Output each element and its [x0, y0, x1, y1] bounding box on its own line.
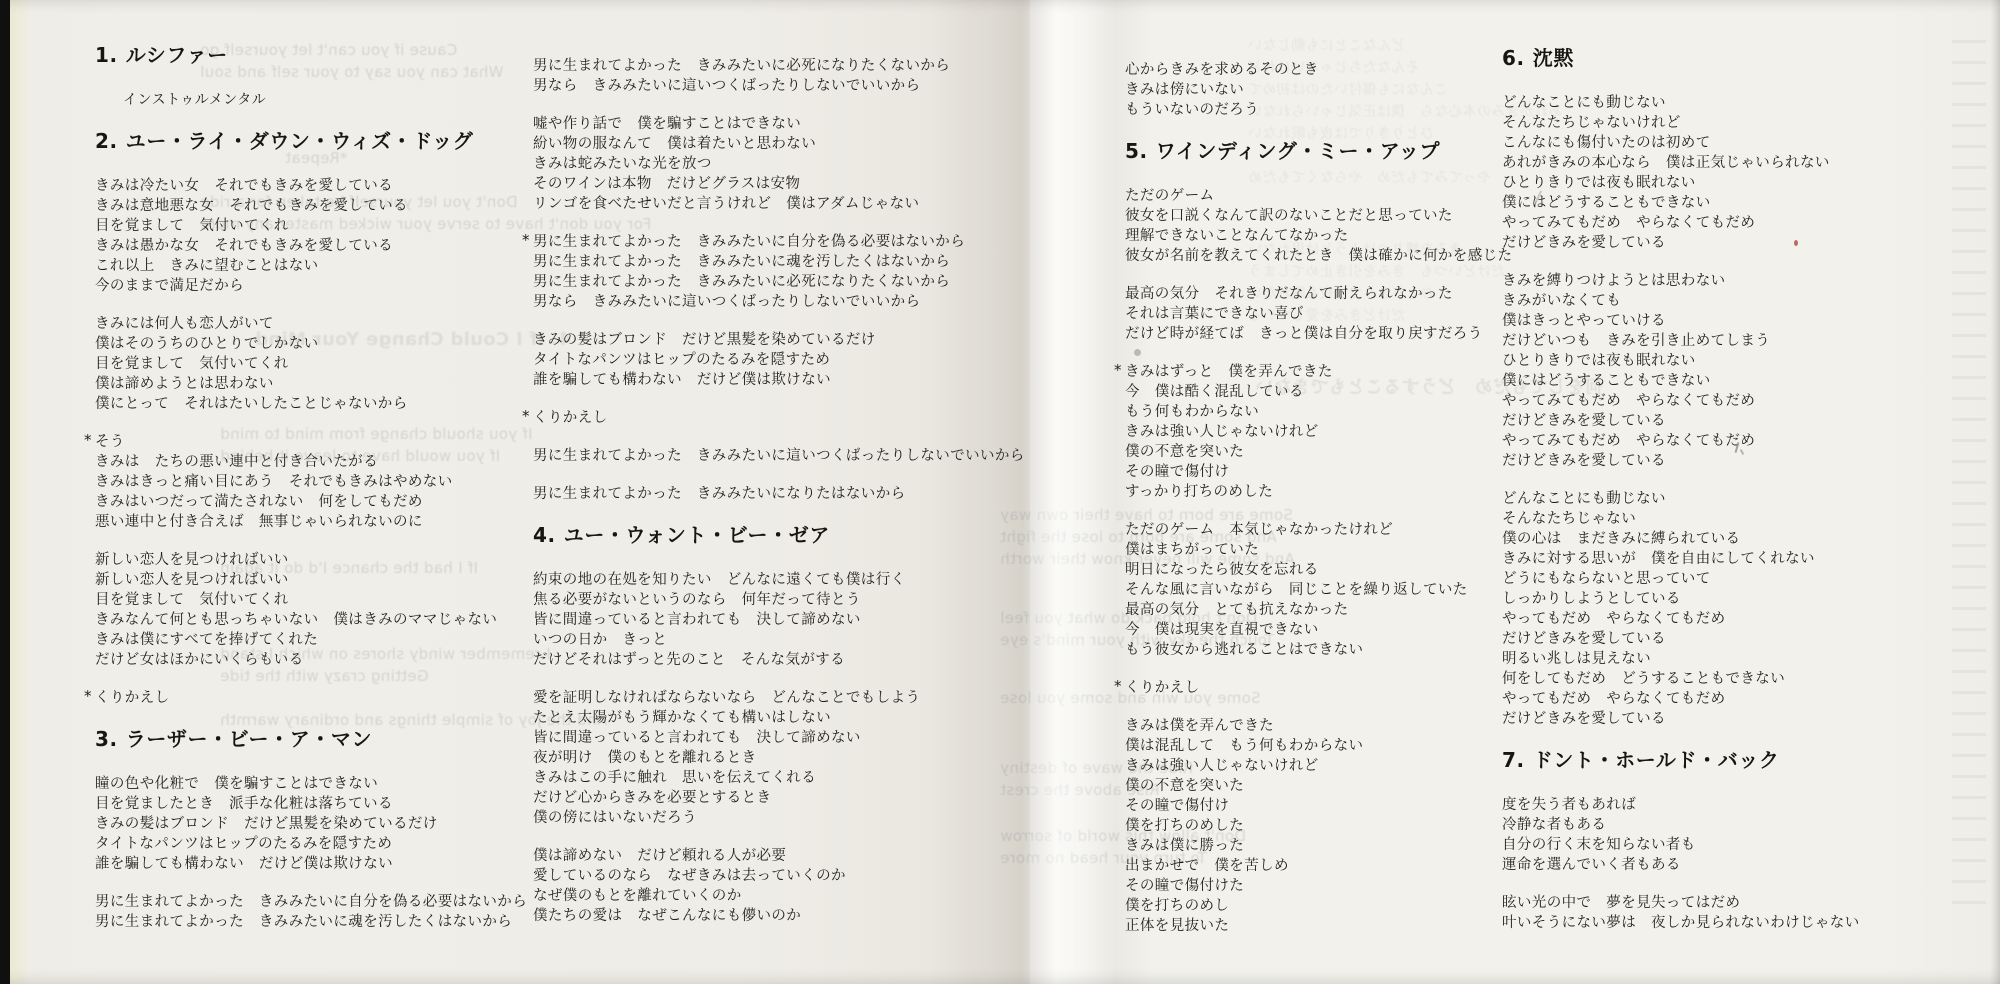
- scan-edge-left: [0, 0, 10, 984]
- lyric-line: だけどきみを愛している: [1502, 451, 1962, 471]
- lyric-line: やってもだめ やらなくてもだめ: [1502, 609, 1962, 629]
- lyric-line: どんなことにも動じない: [1502, 489, 1962, 509]
- lyrics-layer: 1.ルシファーインストゥルメンタル2.ユー・ライ・ダウン・ウィズ・ドッグきみは冷…: [0, 0, 2000, 984]
- lyric-line: 僕はまちがっていた: [1125, 540, 1525, 560]
- stanza: どんなことにも動じないそんなたちじゃない僕の心は まだきみに縛られているきみに対…: [1502, 489, 1962, 729]
- lyric-line: 彼女が名前を教えてくれたとき 僕は確かに何かを感じた: [1125, 246, 1525, 266]
- lyrics-column-3: 心からきみを求めるそのとききみは傍にいないもういないのだろう5.ワインディング・…: [1125, 60, 1525, 954]
- lyric-line: そんなたちじゃないけれど: [1502, 113, 1962, 133]
- lyric-line: 男に生まれてよかった きみみたいに魂を汚したくはないから: [533, 252, 973, 272]
- lyric-line: きみは冷たい女 それでもきみを愛している: [95, 176, 525, 196]
- stanza: 瞳の色や化粧で 僕を騙すことはできない目を覚ましたとき 派手な化粧は落ちているき…: [95, 774, 525, 874]
- stanza: *きみはずっと 僕を弄んできた今 僕は酷く混乱しているもう何もわからないきみは強…: [1125, 362, 1525, 502]
- lyric-line: どんなことにも動じない: [1502, 93, 1962, 113]
- song-heading: 6.沈黙: [1502, 45, 1962, 71]
- lyric-line: だけどいつも きみを引き止めてしまう: [1502, 331, 1962, 351]
- lyric-line: その瞳で傷付け: [1125, 796, 1525, 816]
- lyric-line: 約束の地の在処を知りたい どんなに遠くても僕は行く: [533, 570, 973, 590]
- instrumental-credit: インストゥルメンタル: [123, 90, 525, 110]
- lyric-line: 運命を選んでいく者もある: [1502, 855, 1962, 875]
- lyric-line: きみを縛りつけようとは思わない: [1502, 271, 1962, 291]
- lyric-line: 皆に間違っていると言われても 決して諦めない: [533, 610, 973, 630]
- stanza: 僕は諦めない だけど頼れる人が必要愛しているのなら なぜきみは去っていくのかなぜ…: [533, 846, 973, 926]
- lyric-line: だけどきみを愛している: [1502, 411, 1962, 431]
- lyric-line: しっかりしようとしている: [1502, 589, 1962, 609]
- lyric-line: もう何もわからない: [1125, 402, 1525, 422]
- lyric-line: 自分の行く末を知らない者も: [1502, 835, 1962, 855]
- stanza: 約束の地の在処を知りたい どんなに遠くても僕は行く焦る必要がないというのなら 何…: [533, 570, 973, 670]
- lyric-line: だけど時が経てば きっと僕は自分を取り戻すだろう: [1125, 324, 1525, 344]
- lyric-line: きみは強い人じゃないけれど: [1125, 756, 1525, 776]
- lyric-line: 男に生まれてよかった きみみたいに這いつくばったりしないでいいから: [533, 446, 973, 466]
- lyric-text: そう: [95, 434, 125, 450]
- song-title: ワインディング・ミー・アップ: [1156, 139, 1440, 163]
- lyric-line: 明るい兆しは見えない: [1502, 649, 1962, 669]
- lyric-line: きみの髪はブロンド だけど黒髪を染めているだけ: [95, 814, 525, 834]
- lyric-line: やってもだめ やらなくてもだめ: [1502, 689, 1962, 709]
- lyric-line: 最高の気分 とても抗えなかった: [1125, 600, 1525, 620]
- lyric-line: *男に生まれてよかった きみみたいに自分を偽る必要はないから: [533, 232, 973, 252]
- lyric-line: きみには何人も恋人がいて: [95, 314, 525, 334]
- stanza: どんなことにも動じないそんなたちじゃないけれどこんなにも傷付いたのは初めてあれが…: [1502, 93, 1962, 253]
- lyric-line: 嘘や作り話で 僕を騙すことはできない: [533, 114, 973, 134]
- lyric-line: ただのゲーム: [1125, 186, 1525, 206]
- lyric-line: 僕たちの愛は なぜこんなにも儚いのか: [533, 906, 973, 926]
- lyric-line: 男に生まれてよかった きみみたいになりたはないから: [533, 484, 973, 504]
- stanza: きみには何人も恋人がいて僕はそのうちのひとりでしかない目を覚まして 気付いてくれ…: [95, 314, 525, 414]
- song-number: 5.: [1125, 139, 1148, 163]
- lyric-line: そのワインは本物 だけどグラスは安物: [533, 174, 973, 194]
- lyric-line: 正体を見抜いた: [1125, 916, 1525, 936]
- lyric-line: きみは傍にいない: [1125, 80, 1525, 100]
- lyric-line: ただのゲーム 本気じゃなかったけれど: [1125, 520, 1525, 540]
- lyric-text: くりかえし: [95, 690, 170, 706]
- lyric-line: 最高の気分 それきりだなんて耐えられなかった: [1125, 284, 1525, 304]
- lyric-line: 男に生まれてよかった きみみたいに自分を偽る必要はないから: [95, 892, 525, 912]
- lyric-line: 僕の不意を突いた: [1125, 776, 1525, 796]
- lyric-line: 目を覚まして 気付いてくれ: [95, 590, 525, 610]
- lyric-line: だけど女はほかにいくらもいる: [95, 650, 525, 670]
- song-title: ドント・ホールド・バック: [1533, 748, 1780, 772]
- repeat-marker: *: [84, 686, 92, 706]
- song-number: 7.: [1502, 748, 1525, 772]
- lyric-line: 僕は諦めようとは思わない: [95, 374, 525, 394]
- stanza: *男に生まれてよかった きみみたいに自分を偽る必要はないから男に生まれてよかった…: [533, 232, 973, 312]
- song-title: ユー・ライ・ダウン・ウィズ・ドッグ: [126, 129, 474, 153]
- lyric-line: *きみはずっと 僕を弄んできた: [1125, 362, 1525, 382]
- lyric-line: 愛を証明しなければならないなら どんなことでもしよう: [533, 688, 973, 708]
- lyric-line: 僕はそのうちのひとりでしかない: [95, 334, 525, 354]
- repeat-marker: *: [84, 430, 92, 450]
- stanza: 嘘や作り話で 僕を騙すことはできない紛い物の服なんて 僕は着たいと思わないきみは…: [533, 114, 973, 214]
- lyric-line: きみはいつだって満たされない 何をしてもだめ: [95, 492, 525, 512]
- lyric-line: きみは たちの悪い連中と付き合いたがる: [95, 452, 525, 472]
- lyric-line: その瞳で傷付けた: [1125, 876, 1525, 896]
- lyric-text: くりかえし: [1125, 680, 1200, 696]
- lyric-line: 僕は混乱して もう何もわからない: [1125, 736, 1525, 756]
- lyric-line: *そう: [95, 432, 525, 452]
- lyric-line: 新しい恋人を見つければいい: [95, 570, 525, 590]
- lyric-line: 何をしてもだめ どうすることもできない: [1502, 669, 1962, 689]
- lyric-line: ひとりきりでは夜も眠れない: [1502, 173, 1962, 193]
- lyric-line: 僕にはどうすることもできない: [1502, 193, 1962, 213]
- lyric-line: タイトなパンツはヒップのたるみを隠すため: [95, 834, 525, 854]
- lyric-line: 僕はきっとやっていける: [1502, 311, 1962, 331]
- lyric-line: きみはきっと痛い目にあう それでもきみはやめない: [95, 472, 525, 492]
- lyric-line: 眩い光の中で 夢を見失ってはだめ: [1502, 893, 1962, 913]
- song-number: 6.: [1502, 46, 1525, 70]
- lyric-line: 男に生まれてよかった きみみたいに必死になりたくないから: [533, 272, 973, 292]
- repeat-marker: *: [1114, 360, 1122, 380]
- lyric-line: きみは意地悪な女 それでもきみを愛している: [95, 196, 525, 216]
- song-title: ルシファー: [126, 43, 228, 67]
- song-heading: 2.ユー・ライ・ダウン・ウィズ・ドッグ: [95, 128, 525, 154]
- lyric-line: *くりかえし: [95, 688, 525, 708]
- lyric-line: 度を失う者もあれば: [1502, 795, 1962, 815]
- lyric-line: 僕を打ちのめし: [1125, 896, 1525, 916]
- song-title: ユー・ウォント・ビー・ゼア: [564, 523, 830, 547]
- lyric-line: タイトなパンツはヒップのたるみを隠すため: [533, 350, 973, 370]
- lyric-line: *くりかえし: [533, 408, 973, 428]
- lyric-line: 明日になったら彼女を忘れる: [1125, 560, 1525, 580]
- stanza: 新しい恋人を見つければいい新しい恋人を見つければいい目を覚まして 気付いてくれき…: [95, 550, 525, 670]
- stanza: 心からきみを求めるそのとききみは傍にいないもういないのだろう: [1125, 60, 1525, 120]
- lyric-text: きみはずっと 僕を弄んできた: [1125, 364, 1333, 380]
- scan-edge-right: [1990, 0, 2000, 984]
- lyric-line: 夜が明け 僕のもとを離れるとき: [533, 748, 973, 768]
- lyric-line: 僕の不意を突いた: [1125, 442, 1525, 462]
- lyric-line: きみは強い人じゃないけれど: [1125, 422, 1525, 442]
- lyric-line: 僕を打ちのめした: [1125, 816, 1525, 836]
- song-heading: 5.ワインディング・ミー・アップ: [1125, 138, 1525, 164]
- booklet-spread: Cause if you can't let yourself goWhat c…: [0, 0, 2000, 984]
- lyric-line: きみは蛇みたいな光を放つ: [533, 154, 973, 174]
- lyric-line: 理解できないことなんてなかった: [1125, 226, 1525, 246]
- lyric-line: 彼女を口説くなんて訳のないことだと思っていた: [1125, 206, 1525, 226]
- lyric-line: 目を覚ましたとき 派手な化粧は落ちている: [95, 794, 525, 814]
- lyric-line: 僕の傍にはいないだろう: [533, 808, 973, 828]
- lyric-line: きみは僕を弄んできた: [1125, 716, 1525, 736]
- song-title: ラーザー・ビー・ア・マン: [126, 727, 372, 751]
- stanza: 男に生まれてよかった きみみたいに必死になりたくないから男なら きみみたいに這い…: [533, 56, 973, 96]
- lyric-line: 目を覚まして 気付いてくれ: [95, 354, 525, 374]
- lyric-line: どうにもならないと思っていて: [1502, 569, 1962, 589]
- lyric-line: ひとりきりでは夜も眠れない: [1502, 351, 1962, 371]
- lyric-line: 今 僕は現実を直視できない: [1125, 620, 1525, 640]
- lyric-line: きみは僕にすべてを捧げてくれた: [95, 630, 525, 650]
- stanza: ただのゲーム彼女を口説くなんて訳のないことだと思っていた理解できないことなんてな…: [1125, 186, 1525, 266]
- lyric-line: だけどきみを愛している: [1502, 709, 1962, 729]
- stanza: *くりかえし: [95, 688, 525, 708]
- lyric-line: 僕にとって それはたいしたことじゃないから: [95, 394, 525, 414]
- lyric-line: 誰を騙しても構わない だけど僕は欺けない: [95, 854, 525, 874]
- lyric-line: そんなたちじゃない: [1502, 509, 1962, 529]
- stanza: *そうきみは たちの悪い連中と付き合いたがるきみはきっと痛い目にあう それでもき…: [95, 432, 525, 532]
- lyric-line: きみがいなくても: [1502, 291, 1962, 311]
- stanza: 男に生まれてよかった きみみたいに這いつくばったりしないでいいから: [533, 446, 973, 466]
- lyric-line: 紛い物の服なんて 僕は着たいと思わない: [533, 134, 973, 154]
- lyric-line: だけどきみを愛している: [1502, 629, 1962, 649]
- stanza: 眩い光の中で 夢を見失ってはだめ叶いそうにない夢は 夜しか見られないわけじゃない: [1502, 893, 1962, 933]
- stanza: きみは僕を弄んできた僕は混乱して もう何もわからないきみは強い人じゃないけれど僕…: [1125, 716, 1525, 936]
- lyric-text: くりかえし: [533, 410, 608, 426]
- lyric-line: 心からきみを求めるそのとき: [1125, 60, 1525, 80]
- stanza: きみを縛りつけようとは思わないきみがいなくても僕はきっとやっていけるだけどいつも…: [1502, 271, 1962, 471]
- lyric-line: いつの日か きっと: [533, 630, 973, 650]
- lyric-line: すっかり打ちのめした: [1125, 482, 1525, 502]
- lyric-line: 冷静な者もある: [1502, 815, 1962, 835]
- lyric-line: たとえ太陽がもう輝かなくても構いはしない: [533, 708, 973, 728]
- lyric-line: 僕は諦めない だけど頼れる人が必要: [533, 846, 973, 866]
- lyric-line: 僕にはどうすることもできない: [1502, 371, 1962, 391]
- song-heading: 7.ドント・ホールド・バック: [1502, 747, 1962, 773]
- stanza: 度を失う者もあれば冷静な者もある自分の行く末を知らない者も運命を選んでいく者もあ…: [1502, 795, 1962, 875]
- lyric-line: きみは僕に勝った: [1125, 836, 1525, 856]
- stanza: 最高の気分 それきりだなんて耐えられなかったそれは言葉にできない喜びだけど時が経…: [1125, 284, 1525, 344]
- song-heading: 4.ユー・ウォント・ビー・ゼア: [533, 522, 973, 548]
- repeat-marker: *: [522, 406, 530, 426]
- lyric-line: なぜ僕のもとを離れていくのか: [533, 886, 973, 906]
- song-number: 2.: [95, 129, 118, 153]
- lyric-line: 男なら きみみたいに這いつくばったりしないでいいから: [533, 76, 973, 96]
- lyric-line: 焦る必要がないというのなら 何年だって待とう: [533, 590, 973, 610]
- lyric-line: やってみてもだめ やらなくてもだめ: [1502, 391, 1962, 411]
- lyric-line: *くりかえし: [1125, 678, 1525, 698]
- lyric-line: だけどきみを愛している: [1502, 233, 1962, 253]
- lyrics-column-1: 1.ルシファーインストゥルメンタル2.ユー・ライ・ダウン・ウィズ・ドッグきみは冷…: [95, 42, 525, 950]
- lyric-line: その瞳で傷付け: [1125, 462, 1525, 482]
- lyrics-column-4: 6.沈黙どんなことにも動じないそんなたちじゃないけれどこんなにも傷付いたのは初め…: [1502, 45, 1962, 951]
- lyric-line: 目を覚まして 気付いてくれ: [95, 216, 525, 236]
- stanza: *くりかえし: [1125, 678, 1525, 698]
- stanza: ただのゲーム 本気じゃなかったけれど僕はまちがっていた明日になったら彼女を忘れる…: [1125, 520, 1525, 660]
- lyric-line: 瞳の色や化粧で 僕を騙すことはできない: [95, 774, 525, 794]
- lyric-line: きみなんて何とも思っちゃいない 僕はきみのママじゃない: [95, 610, 525, 630]
- lyric-line: 今のままで満足だから: [95, 276, 525, 296]
- lyric-line: 悪い連中と付き合えば 無事じゃいられないのに: [95, 512, 525, 532]
- lyric-line: 男なら きみみたいに這いつくばったりしないでいいから: [533, 292, 973, 312]
- stanza: *くりかえし: [533, 408, 973, 428]
- song-number: 3.: [95, 727, 118, 751]
- lyric-line: そんな風に言いながら 同じことを繰り返していた: [1125, 580, 1525, 600]
- lyric-line: こんなにも傷付いたのは初めて: [1502, 133, 1962, 153]
- lyric-line: だけどそれはずっと先のこと そんな気がする: [533, 650, 973, 670]
- stanza: きみの髪はブロンド だけど黒髪を染めているだけタイトなパンツはヒップのたるみを隠…: [533, 330, 973, 390]
- lyric-line: 出まかせで 僕を苦しめ: [1125, 856, 1525, 876]
- lyric-line: もう彼女から逃れることはできない: [1125, 640, 1525, 660]
- repeat-marker: *: [1114, 676, 1122, 696]
- lyric-line: 男に生まれてよかった きみみたいに必死になりたくないから: [533, 56, 973, 76]
- song-heading: 1.ルシファー: [95, 42, 525, 68]
- lyric-line: これ以上 きみに望むことはない: [95, 256, 525, 276]
- lyric-line: もういないのだろう: [1125, 100, 1525, 120]
- lyric-line: きみの髪はブロンド だけど黒髪を染めているだけ: [533, 330, 973, 350]
- lyric-line: 皆に間違っていると言われても 決して諦めない: [533, 728, 973, 748]
- stanza: きみは冷たい女 それでもきみを愛しているきみは意地悪な女 それでもきみを愛してい…: [95, 176, 525, 296]
- lyric-line: だけど心からきみを必要とするとき: [533, 788, 973, 808]
- lyric-line: 僕の心は まだきみに縛られている: [1502, 529, 1962, 549]
- lyric-line: 男に生まれてよかった きみみたいに魂を汚したくはないから: [95, 912, 525, 932]
- lyric-line: 新しい恋人を見つければいい: [95, 550, 525, 570]
- lyric-line: きみに対する思いが 僕を自由にしてくれない: [1502, 549, 1962, 569]
- lyric-line: 今 僕は酷く混乱している: [1125, 382, 1525, 402]
- stanza: 男に生まれてよかった きみみたいに自分を偽る必要はないから男に生まれてよかった …: [95, 892, 525, 932]
- song-number: 1.: [95, 43, 118, 67]
- lyric-line: きみは愚かな女 それでもきみを愛している: [95, 236, 525, 256]
- lyric-text: 男に生まれてよかった きみみたいに自分を偽る必要はないから: [533, 234, 965, 250]
- lyric-line: 愛しているのなら なぜきみは去っていくのか: [533, 866, 973, 886]
- lyric-line: リンゴを食べたせいだと言うけれど 僕はアダムじゃない: [533, 194, 973, 214]
- lyric-line: やってみてもだめ やらなくてもだめ: [1502, 213, 1962, 233]
- stanza: 愛を証明しなければならないなら どんなことでもしようたとえ太陽がもう輝かなくても…: [533, 688, 973, 828]
- lyric-line: あれがきみの本心なら 僕は正気じゃいられない: [1502, 153, 1962, 173]
- song-title: 沈黙: [1533, 46, 1574, 70]
- lyric-line: 誰を騙しても構わない だけど僕は欺けない: [533, 370, 973, 390]
- stanza: 男に生まれてよかった きみみたいになりたはないから: [533, 484, 973, 504]
- song-heading: 3.ラーザー・ビー・ア・マン: [95, 726, 525, 752]
- lyric-line: きみはこの手に触れ 思いを伝えてくれる: [533, 768, 973, 788]
- song-number: 4.: [533, 523, 556, 547]
- lyrics-column-2: 男に生まれてよかった きみみたいに必死になりたくないから男なら きみみたいに這い…: [533, 56, 973, 944]
- lyric-line: やってみてもだめ やらなくてもだめ: [1502, 431, 1962, 451]
- lyric-line: 叶いそうにない夢は 夜しか見られないわけじゃない: [1502, 913, 1962, 933]
- lyric-line: それは言葉にできない喜び: [1125, 304, 1525, 324]
- repeat-marker: *: [522, 230, 530, 250]
